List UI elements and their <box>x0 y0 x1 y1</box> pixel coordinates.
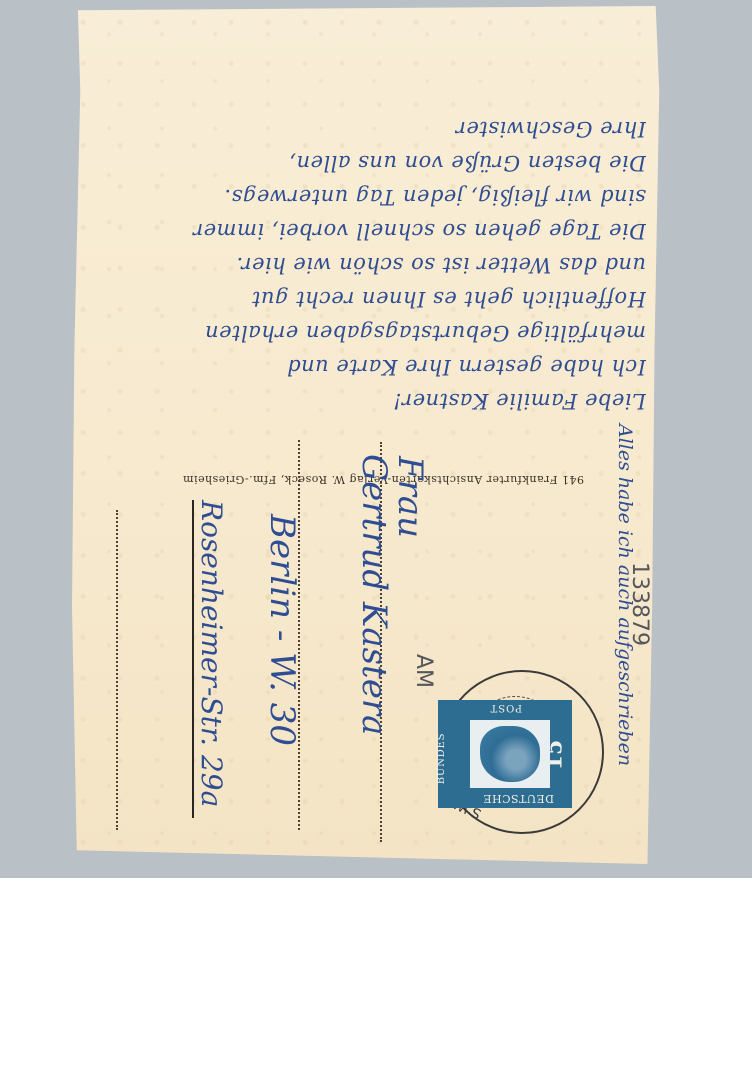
address-line <box>192 500 194 818</box>
stamp-area: S.W. DEUTSCHE 15 BUNDES POST <box>416 668 616 848</box>
message-line: Die besten Grüße von uns allen, <box>126 146 646 180</box>
postcard-back-upright: Liebe Familie Kastner! Ich habe gestern … <box>72 6 664 864</box>
message-line: Ihre Geschwister <box>126 112 646 146</box>
message-line: sind wir fleißig, jeden Tag unterwegs. <box>126 180 646 214</box>
address-line-3: Berlin - W. 30 <box>262 514 302 746</box>
address-line-4: Rosenheimer-Str. 29a <box>195 500 228 807</box>
stamp-country-top: DEUTSCHE <box>483 792 554 805</box>
message-line: mehrfältige Geburtstagsgaben erhalten <box>126 316 646 350</box>
message-line: und das Wetter ist so schön wie hier. <box>126 248 646 282</box>
message-line: Ich habe gestern Ihre Karte und <box>126 350 646 384</box>
address-line-1: Frau <box>390 456 430 538</box>
postage-stamp: DEUTSCHE 15 BUNDES POST <box>438 700 572 808</box>
message-line: Hoffentlich geht es Ihnen recht gut <box>126 282 646 316</box>
pencil-catalog-number: 133879 <box>627 562 652 646</box>
portrait-icon <box>480 726 540 782</box>
stamp-post-label: POST <box>490 702 522 713</box>
address-line-2: Gertrud Kastera <box>354 454 394 735</box>
stamp-portrait-frame <box>470 720 550 788</box>
handwritten-message: Liebe Familie Kastner! Ich habe gestern … <box>126 112 646 418</box>
message-line: Die Tage gehen so schnell vorbei, immer <box>126 214 646 248</box>
stamp-country-side: BUNDES <box>436 733 447 785</box>
postcard: Liebe Familie Kastner! Ich habe gestern … <box>72 6 664 864</box>
message-greeting: Liebe Familie Kastner! <box>126 384 646 418</box>
address-line-divider <box>116 510 118 830</box>
